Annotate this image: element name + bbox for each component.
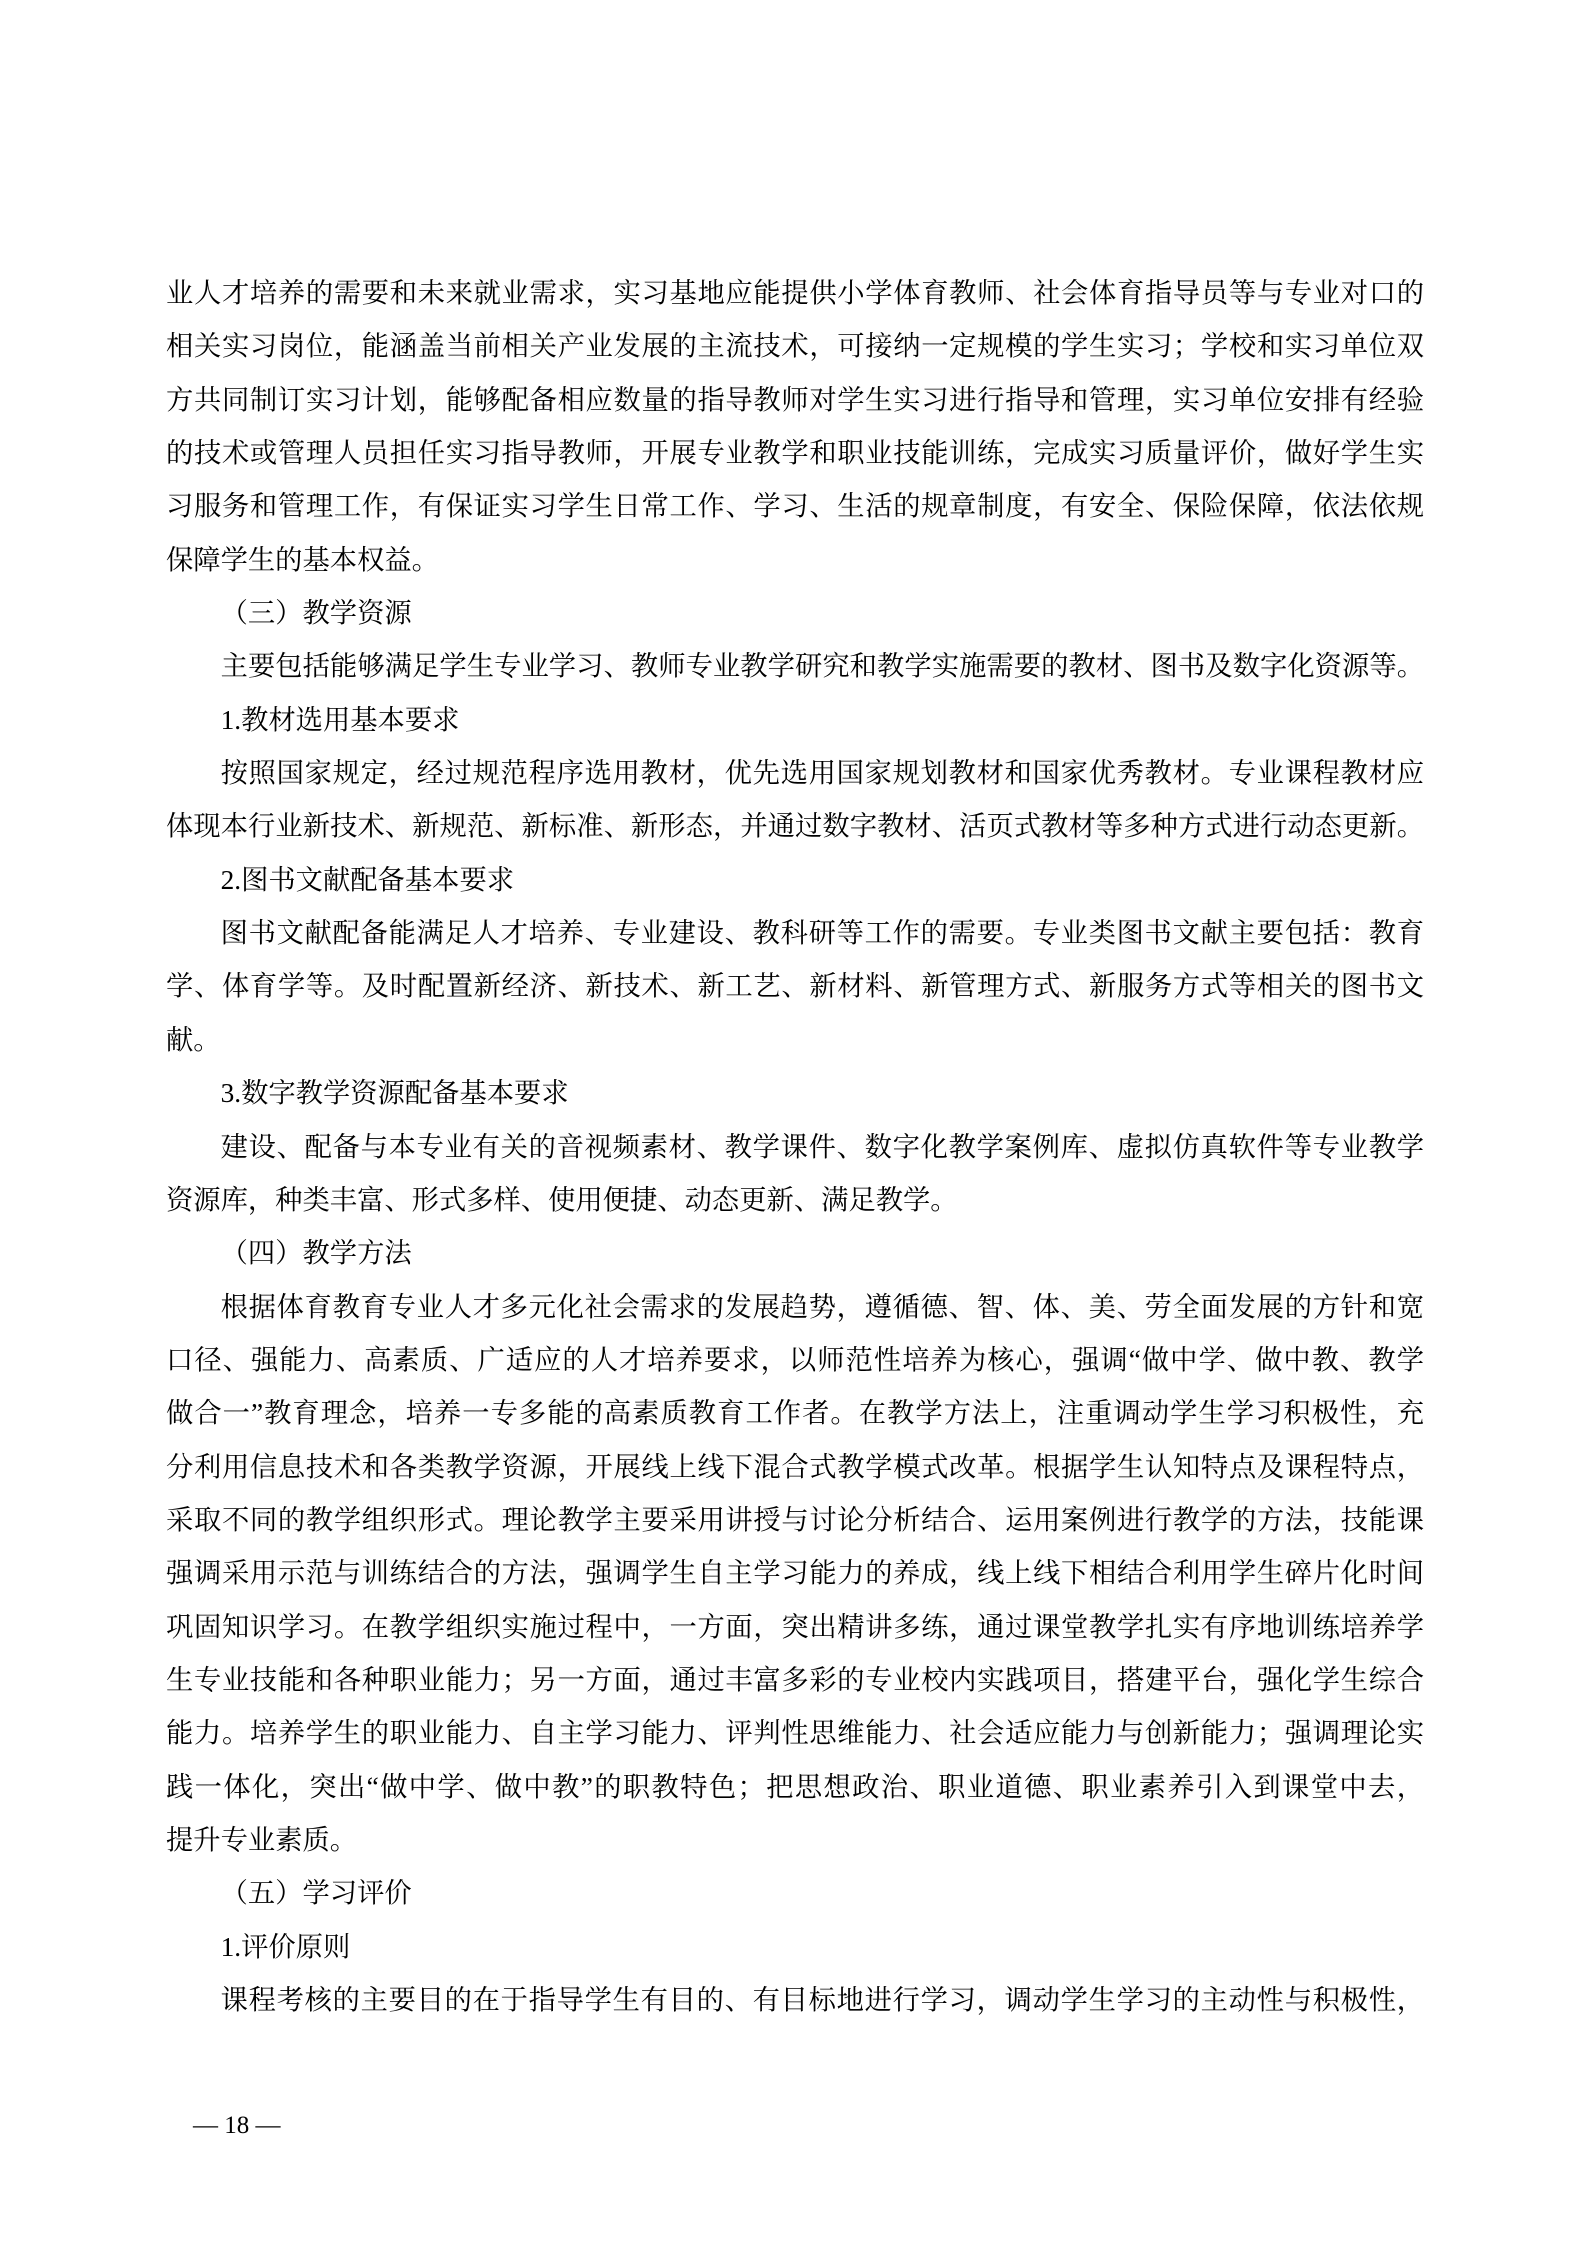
text-line: 学、体育学等。及时配置新经济、新技术、新工艺、新材料、新管理方式、新服务方式等相… xyxy=(166,960,1424,1013)
page-footer: — 18 — xyxy=(168,2072,281,2180)
text-line: 习服务和管理工作，有保证实习学生日常工作、学习、生活的规章制度，有安全、保险保障… xyxy=(166,480,1424,533)
text-line: 主要包括能够满足学生专业学习、教师专业教学研究和教学实施需要的教材、图书及数字化… xyxy=(166,640,1424,693)
text-line: 强调采用示范与训练结合的方法，强调学生自主学习能力的养成，线上线下相结合利用学生… xyxy=(166,1547,1424,1600)
text-line: 根据体育教育专业人才多元化社会需求的发展趋势，遵循德、智、体、美、劳全面发展的方… xyxy=(166,1281,1424,1334)
text-line: 献。 xyxy=(166,1014,1424,1067)
text-line: 能力。培养学生的职业能力、自主学习能力、评判性思维能力、社会适应能力与创新能力；… xyxy=(166,1707,1424,1760)
text-line: 1.评价原则 xyxy=(166,1921,1424,1974)
text-line: （四）教学方法 xyxy=(166,1227,1424,1280)
text-line: 3.数字教学资源配备基本要求 xyxy=(166,1067,1424,1120)
text-line: （五）学习评价 xyxy=(166,1867,1424,1920)
text-line: 按照国家规定，经过规范程序选用教材，优先选用国家规划教材和国家优秀教材。专业课程… xyxy=(166,747,1424,800)
text-line: 体现本行业新技术、新规范、新标准、新形态，并通过数字教材、活页式教材等多种方式进… xyxy=(166,800,1424,853)
text-line: 建设、配备与本专业有关的音视频素材、教学课件、数字化教学案例库、虚拟仿真软件等专… xyxy=(166,1121,1424,1174)
text-line: 践一体化，突出“做中学、做中教”的职教特色；把思想政治、职业道德、职业素养引入到… xyxy=(166,1761,1424,1814)
text-line: 分利用信息技术和各类教学资源，开展线上线下混合式教学模式改革。根据学生认知特点及… xyxy=(166,1441,1424,1494)
text-line: 业人才培养的需要和未来就业需求，实习基地应能提供小学体育教师、社会体育指导员等与… xyxy=(166,267,1424,320)
text-line: 方共同制订实习计划，能够配备相应数量的指导教师对学生实习进行指导和管理，实习单位… xyxy=(166,374,1424,427)
page-number: — 18 — xyxy=(193,2112,281,2139)
document-page: 业人才培养的需要和未来就业需求，实习基地应能提供小学体育教师、社会体育指导员等与… xyxy=(0,0,1587,2245)
text-line: 相关实习岗位，能涵盖当前相关产业发展的主流技术，可接纳一定规模的学生实习；学校和… xyxy=(166,320,1424,373)
text-line: 资源库，种类丰富、形式多样、使用便捷、动态更新、满足教学。 xyxy=(166,1174,1424,1227)
text-line: 采取不同的教学组织形式。理论教学主要采用讲授与讨论分析结合、运用案例进行教学的方… xyxy=(166,1494,1424,1547)
text-line: （三）教学资源 xyxy=(166,587,1424,640)
text-line: 1.教材选用基本要求 xyxy=(166,694,1424,747)
text-line: 的技术或管理人员担任实习指导教师，开展专业教学和职业技能训练，完成实习质量评价，… xyxy=(166,427,1424,480)
text-line: 课程考核的主要目的在于指导学生有目的、有目标地进行学习，调动学生学习的主动性与积… xyxy=(166,1974,1424,2027)
text-line: 口径、强能力、高素质、广适应的人才培养要求，以师范性培养为核心，强调“做中学、做… xyxy=(166,1334,1424,1387)
text-line: 图书文献配备能满足人才培养、专业建设、教科研等工作的需要。专业类图书文献主要包括… xyxy=(166,907,1424,960)
text-line: 巩固知识学习。在教学组织实施过程中，一方面，突出精讲多练，通过课堂教学扎实有序地… xyxy=(166,1601,1424,1654)
document-body: 业人才培养的需要和未来就业需求，实习基地应能提供小学体育教师、社会体育指导员等与… xyxy=(166,267,1424,2027)
text-line: 生专业技能和各种职业能力；另一方面，通过丰富多彩的专业校内实践项目，搭建平台，强… xyxy=(166,1654,1424,1707)
text-line: 做合一”教育理念，培养一专多能的高素质教育工作者。在教学方法上，注重调动学生学习… xyxy=(166,1387,1424,1440)
text-line: 提升专业素质。 xyxy=(166,1814,1424,1867)
text-line: 保障学生的基本权益。 xyxy=(166,534,1424,587)
text-line: 2.图书文献配备基本要求 xyxy=(166,854,1424,907)
